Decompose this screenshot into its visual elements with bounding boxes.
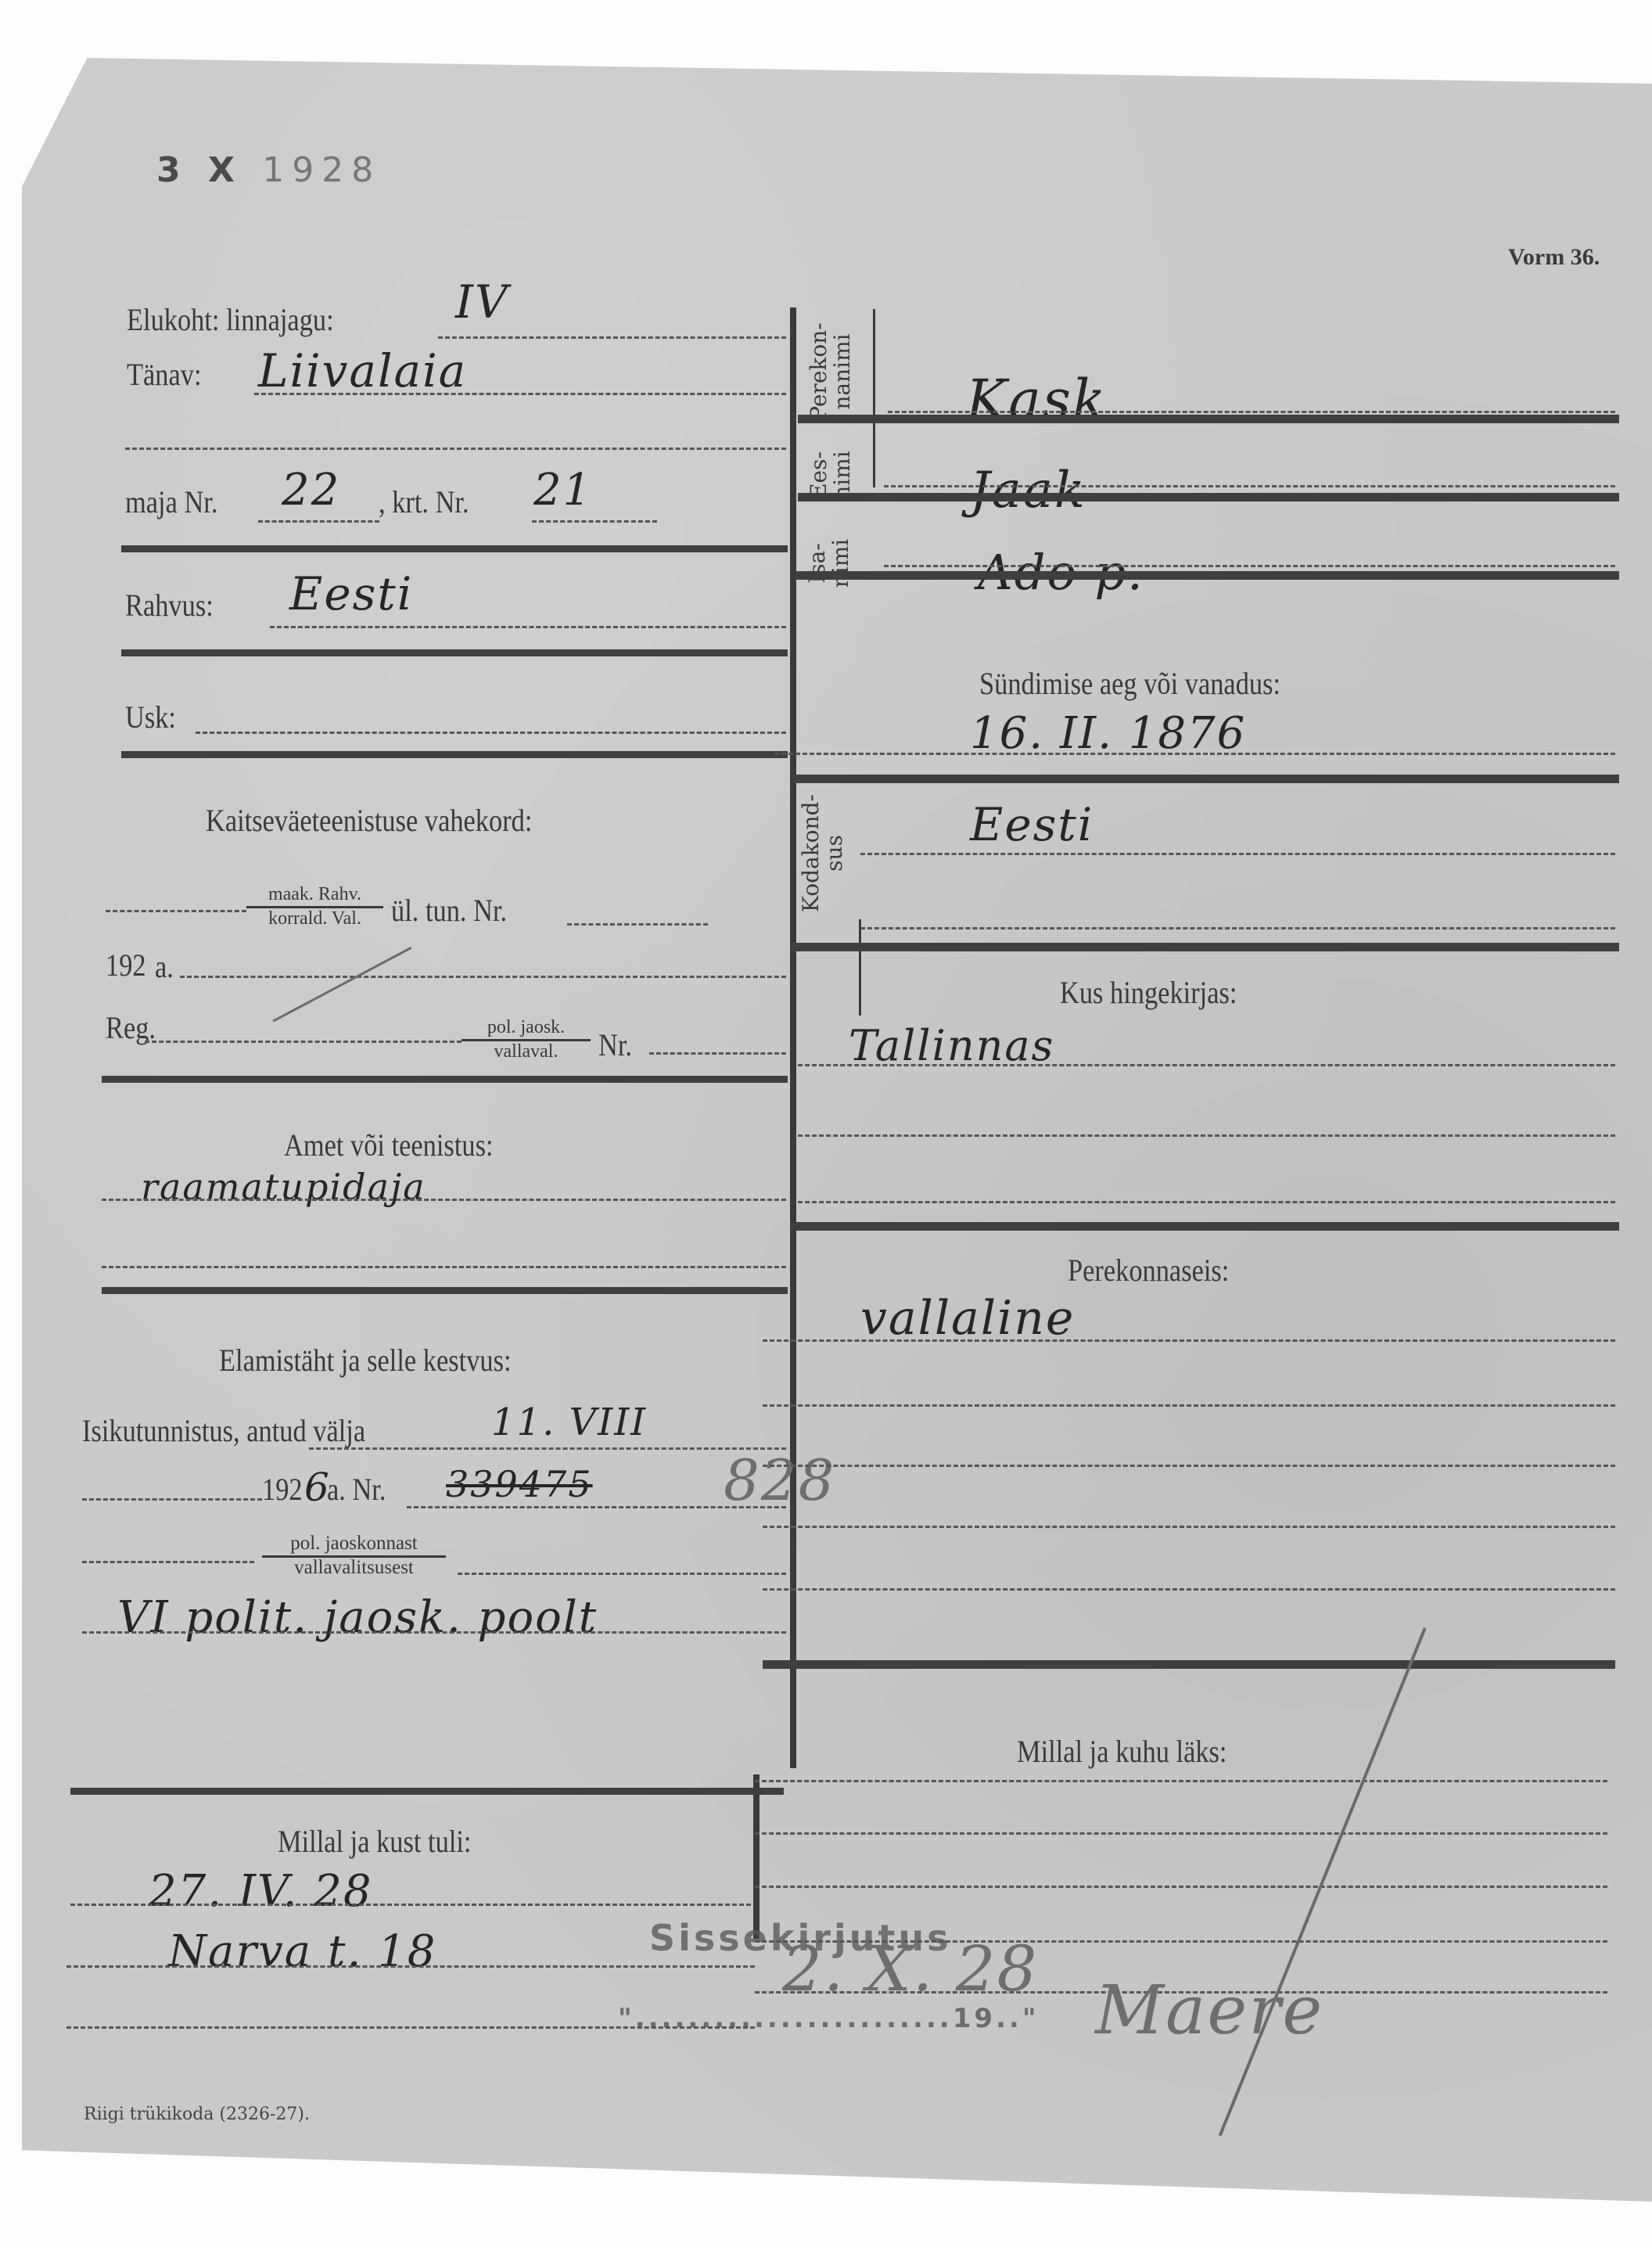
issuer-line-2 xyxy=(82,1631,786,1634)
center-divider-lower xyxy=(753,1774,760,1939)
fraction-1-bottom: korrald. Val. xyxy=(246,908,383,929)
religion-line xyxy=(196,732,786,734)
arrival-line-2 xyxy=(66,1965,755,1968)
military-fraction-2: pol. jaosk. vallaval. xyxy=(461,1017,591,1062)
citizenship-line-1 xyxy=(860,853,1615,855)
marital-line-4 xyxy=(763,1526,1615,1528)
citizenship-label: Kodakond- sus xyxy=(799,781,846,926)
arrival-from-value[interactable]: Narva t. 18 xyxy=(168,1926,436,1977)
center-divider-upper xyxy=(790,307,796,1768)
rule-after-military xyxy=(102,1076,788,1083)
rule-after-religion xyxy=(121,751,788,758)
printer-note: Riigi trükikoda (2326-27). xyxy=(84,2105,310,2124)
apartment-label: , krt. Nr. xyxy=(379,484,469,520)
birth-value[interactable]: 16. II. 1876 xyxy=(970,708,1246,759)
date-stamp-month: X xyxy=(208,150,242,190)
citizenship-line-2 xyxy=(860,927,1615,929)
military-line-1 xyxy=(106,910,246,912)
id-year-line xyxy=(82,1498,262,1501)
issuer-line-right xyxy=(458,1573,786,1575)
rule-after-nationality xyxy=(121,649,788,656)
nationality-label: Rahvus: xyxy=(125,587,214,624)
year-suffix: a. xyxy=(155,948,174,985)
issuer-fraction-bottom: vallavalitsusest xyxy=(262,1558,446,1578)
fraction-1-top: maak. Rahv. xyxy=(246,884,383,908)
street-label: Tänav: xyxy=(127,356,202,393)
fraction-2-bottom: vallaval. xyxy=(461,1041,591,1062)
nationality-value[interactable]: Eesti xyxy=(289,567,413,620)
parish-register-heading: Kus hingekirjas: xyxy=(1060,974,1237,1011)
apartment-value[interactable]: 21 xyxy=(533,465,592,516)
occupation-value[interactable]: raamatupidaja xyxy=(141,1166,426,1208)
occupation-line-1 xyxy=(102,1199,786,1201)
reg-nr-line xyxy=(649,1052,786,1055)
rule-after-address xyxy=(121,545,788,552)
date-stamp-year: 1928 xyxy=(262,150,381,190)
district-line xyxy=(438,336,786,339)
rule-after-citizenship xyxy=(790,943,1619,951)
rule-after-parish xyxy=(790,1222,1619,1231)
departure-line-3 xyxy=(755,1886,1607,1888)
house-line xyxy=(258,520,379,523)
rule-after-father-name xyxy=(795,571,1619,580)
departure-line-2 xyxy=(755,1832,1607,1835)
marital-line-5 xyxy=(763,1588,1615,1591)
id-number-new[interactable]: 828 xyxy=(724,1447,835,1513)
address-extra-line xyxy=(125,448,786,450)
first-name-label: Ees- nimi xyxy=(807,434,854,516)
id-year-prefix: 192 xyxy=(262,1471,303,1508)
district-value[interactable]: IV xyxy=(455,275,509,329)
marital-line-1 xyxy=(763,1339,1615,1342)
street-value[interactable]: Liivalaia xyxy=(258,344,467,397)
id-number-struck[interactable]: 339475 xyxy=(446,1463,593,1505)
departure-line-1 xyxy=(755,1780,1607,1782)
parish-register-value[interactable]: Tallinnas xyxy=(849,1021,1054,1070)
arrival-date-value[interactable]: 27. IV. 28 xyxy=(149,1866,373,1917)
departure-heading: Millal ja kuhu läks: xyxy=(1017,1733,1226,1770)
rule-after-marital xyxy=(763,1660,1615,1669)
marital-line-2 xyxy=(763,1404,1615,1407)
military-heading: Kaitseväeteenistuse vahekord: xyxy=(206,802,532,839)
registration-stamp-dateline: "........................19.." xyxy=(618,2003,1040,2034)
right-label-divider-citizenship xyxy=(859,919,861,1016)
apartment-line xyxy=(532,520,657,523)
issuer-line-left xyxy=(82,1561,254,1563)
stamp-handwritten-date[interactable]: 2. X. 28 xyxy=(782,1932,1038,2005)
reg-nr-label: Nr. xyxy=(598,1026,632,1063)
id-date-line xyxy=(309,1447,786,1450)
surname-line xyxy=(888,411,1615,413)
rule-after-occupation xyxy=(102,1287,788,1294)
citizenship-value[interactable]: Eesti xyxy=(970,798,1094,851)
arrival-line-1 xyxy=(70,1904,751,1906)
rule-after-first-name xyxy=(798,493,1619,502)
house-value[interactable]: 22 xyxy=(282,465,340,516)
reg-line xyxy=(145,1041,461,1043)
issuer-fraction-top: pol. jaoskonnast xyxy=(262,1533,446,1558)
first-name-value[interactable]: Jaak xyxy=(970,462,1086,520)
id-date-value[interactable]: 11. VIII xyxy=(491,1400,647,1444)
year-label: 192 xyxy=(106,947,146,983)
id-number-label: a. Nr. xyxy=(327,1471,386,1508)
military-fraction-1: maak. Rahv. korrald. Val. xyxy=(246,884,383,929)
year-line xyxy=(180,976,786,978)
birth-line xyxy=(774,753,1615,755)
marital-status-value[interactable]: vallaline xyxy=(860,1291,1075,1346)
father-name-line xyxy=(884,565,1615,567)
rule-after-surname xyxy=(798,415,1619,423)
rule-after-birth xyxy=(792,775,1619,783)
marital-status-heading: Perekonnaseis: xyxy=(1068,1252,1229,1289)
birth-heading: Sündimise aeg või vanadus: xyxy=(979,665,1280,702)
marital-line-3 xyxy=(763,1465,1615,1467)
district-label: Elukoht: linnajagu: xyxy=(127,301,334,338)
date-stamp-day: 3 xyxy=(156,150,189,190)
form-number: Vorm 36. xyxy=(1508,244,1600,271)
fraction-2-top: pol. jaosk. xyxy=(461,1017,591,1041)
ul-tun-line xyxy=(567,923,708,926)
id-label: Isikutunnistus, antud välja xyxy=(82,1412,365,1449)
first-name-line xyxy=(884,485,1615,487)
religion-label: Usk: xyxy=(125,699,176,735)
occupation-line-2 xyxy=(102,1266,786,1268)
issuer-fraction: pol. jaoskonnast vallavalitsusest xyxy=(262,1533,446,1578)
parish-line-1 xyxy=(798,1064,1615,1066)
parish-line-3 xyxy=(798,1201,1615,1203)
rule-after-permit xyxy=(70,1788,784,1795)
official-signature[interactable]: Maere xyxy=(1095,1972,1323,2050)
issuer-value[interactable]: VI polit. jaosk. poolt xyxy=(117,1592,598,1643)
occupation-heading: Amet või teenistus: xyxy=(284,1127,494,1163)
parish-line-2 xyxy=(798,1134,1615,1137)
arrival-heading: Millal ja kust tuli: xyxy=(278,1823,471,1860)
date-stamp: 3 X 1928 xyxy=(156,150,381,190)
ul-tun-label: ül. tun. Nr. xyxy=(391,892,507,929)
residence-permit-heading: Elamistäht ja selle kestvus: xyxy=(219,1342,512,1379)
right-label-divider-top xyxy=(873,309,875,487)
father-name-label: Isa- nimi xyxy=(806,520,853,606)
house-label: maja Nr. xyxy=(125,484,217,520)
nationality-line xyxy=(270,626,786,628)
